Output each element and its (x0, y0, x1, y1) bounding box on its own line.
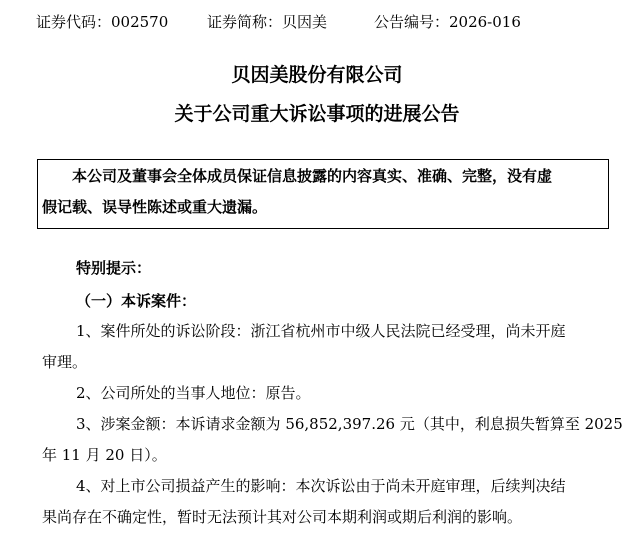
statement-line-1: 本公司及董事会全体成员保证信息披露的内容真实、准确、完整，没有虚 (42, 165, 604, 187)
item-4-line-2: 果尚存在不确定性，暂时无法预计其对公司本期利润或期后利润的影响。 (42, 506, 522, 528)
item-2: 2、公司所处的当事人地位：原告。 (76, 382, 311, 404)
security-name: 证券简称：贝因美 (207, 11, 327, 33)
document-header: 证券代码：002570 证券简称：贝因美 公告编号：2026-016 (0, 11, 634, 33)
case-section-heading: （一）本诉案件： (76, 290, 196, 312)
disclosure-statement-box: 本公司及董事会全体成员保证信息披露的内容真实、准确、完整，没有虚 假记载、误导性… (37, 159, 609, 229)
item-1-line-1: 1、案件所处的诉讼阶段：浙江省杭州市中级人民法院已经受理，尚未开庭 (76, 320, 566, 342)
security-code: 证券代码：002570 (36, 11, 168, 33)
item-1-line-2: 审理。 (42, 351, 87, 373)
notice-number: 公告编号：2026-016 (374, 11, 521, 33)
company-title: 贝因美股份有限公司 (0, 62, 634, 88)
item-4-line-1: 4、对上市公司损益产生的影响：本次诉讼由于尚未开庭审理，后续判决结 (76, 475, 566, 497)
announcement-title: 关于公司重大诉讼事项的进展公告 (0, 101, 634, 127)
item-3-line-2: 年 11 月 20 日）。 (42, 444, 167, 466)
statement-line-2: 假记载、误导性陈述或重大遗漏。 (42, 196, 604, 218)
item-3-line-1: 3、涉案金额：本诉请求金额为 56,852,397.26 元（其中，利息损失暂算… (76, 413, 623, 435)
special-tips-heading: 特别提示： (76, 257, 151, 279)
